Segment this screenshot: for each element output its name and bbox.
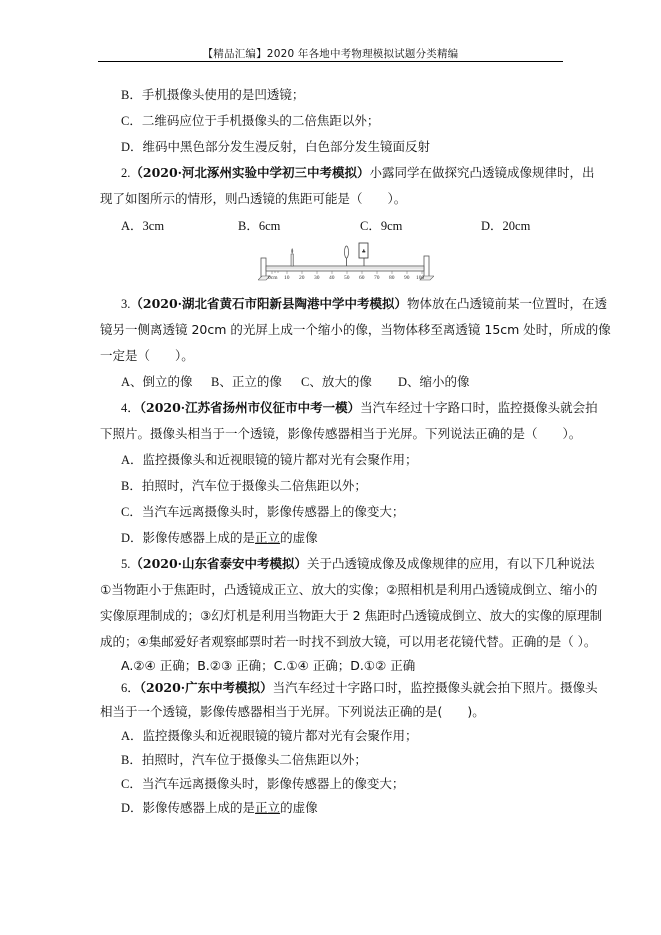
header-divider: [98, 61, 563, 62]
option-text: 监控摄像头和近视眼镜的镜片都对光有会聚作用；: [143, 452, 418, 467]
option-text: 倒立的像: [143, 374, 193, 389]
q3-option-c: C、放大的像: [301, 374, 372, 390]
option-label: A．: [121, 219, 143, 233]
svg-text:80: 80: [389, 275, 395, 281]
option-text: 影像传感器上成的是: [143, 800, 256, 815]
svg-text:20: 20: [299, 275, 305, 281]
option-text: 拍照时，汽车位于摄像头二倍焦距以外；: [142, 752, 367, 767]
question-stem: 当汽车经过十字路口时，监控摄像头就会拍: [360, 400, 598, 415]
candle-icon: [291, 248, 293, 266]
question-stem: 小露同学在做探究凸透镜成像规律时，出: [370, 165, 595, 180]
q4-option-b: B．拍照时，汽车位于摄像头二倍焦距以外；: [121, 478, 367, 494]
question-source: （2020·山东省泰安中考模拟）: [130, 556, 307, 571]
q3-stem-line2: 镜另一侧离透镜 20cm 的光屏上成一个缩小的像，当物体移至离透镜 15cm 处…: [100, 322, 611, 338]
q3-option-b: B、正立的像: [211, 374, 282, 390]
question-number: 6．: [121, 681, 140, 695]
option-text: 监控摄像头和近视眼镜的镜片都对光有会聚作用；: [143, 728, 418, 743]
option-label: D．: [121, 801, 143, 815]
option-text: 20cm: [503, 219, 531, 233]
q3-option-d: D、缩小的像: [398, 374, 470, 390]
question-stem: 当汽车经过十字路口时，监控摄像头就会拍下照片。摄像头: [273, 680, 598, 695]
ruler-ticks: [272, 271, 422, 274]
q2-option-a: A．3cm: [121, 218, 164, 234]
svg-text:60: 60: [359, 275, 365, 281]
q4-stem-line1: 4．（2020·江苏省扬州市仪征市中考一模）当汽车经过十字路口时，监控摄像头就会…: [121, 400, 598, 416]
q2-option-d: D．20cm: [481, 218, 530, 234]
option-text: 拍照时，汽车位于摄像头二倍焦距以外；: [142, 478, 367, 493]
svg-text:10: 10: [284, 275, 290, 281]
option-label: D、: [398, 375, 420, 389]
question-number: 5.: [121, 557, 130, 571]
q5-options: A.②④ 正确；B.②③ 正确；C.①④ 正确；D.①② 正确: [121, 658, 415, 674]
option-text: 缩小的像: [420, 374, 470, 389]
q1-option-c: C．二维码应位于手机摄像头的二倍焦距以外；: [121, 113, 379, 129]
q2-option-b: B．6cm: [238, 218, 280, 234]
svg-text:70: 70: [374, 275, 380, 281]
question-number: 3.: [121, 297, 130, 311]
q5-stem-line1: 5.（2020·山东省泰安中考模拟）关于凸透镜成像及成像规律的应用，有以下几种说…: [121, 556, 595, 572]
option-text: 影像传感器上成的是: [143, 530, 256, 545]
svg-text:30: 30: [314, 275, 320, 281]
q2-stem-line2: 现了如图所示的情形，则凸透镜的焦距可能是（ ）。: [100, 191, 406, 207]
q3-stem-line1: 3.（2020·湖北省黄石市阳新县陶港中学中考模拟）物体放在凸透镜前某一位置时，…: [121, 296, 607, 312]
option-label: A．: [121, 453, 143, 467]
option-text: 手机摄像头使用的是凹透镜；: [142, 87, 305, 102]
option-label: B、: [211, 375, 232, 389]
q4-stem-line2: 下照片。摄像头相当于一个透镜，影像传感器相当于光屏。下列说法正确的是（ ）。: [100, 426, 581, 442]
svg-text:♣: ♣: [362, 249, 366, 255]
option-label: D．: [121, 531, 143, 545]
q4-option-a: A．监控摄像头和近视眼镜的镜片都对光有会聚作用；: [121, 452, 418, 468]
svg-text:50: 50: [344, 275, 350, 281]
option-label: C．: [121, 505, 142, 519]
question-source: （2020·河北涿州实验中学初三中考模拟）: [130, 165, 369, 180]
q4-option-d: D．影像传感器上成的是正立的虚像: [121, 530, 318, 546]
svg-text:90: 90: [404, 275, 410, 281]
q6-stem-line2: 相当于一个透镜，影像传感器相当于光屏。下列说法正确的是( )。: [100, 704, 485, 720]
option-label: C、: [301, 375, 322, 389]
q5-stem-line2: ①当物距小于焦距时，凸透镜成正立、放大的实像；②照相机是利用凸透镜成倒立、缩小的: [100, 582, 597, 598]
question-number: 4．: [121, 401, 140, 415]
page-header: 【精品汇编】2020 年各地中考物理模拟试题分类精编: [98, 46, 563, 61]
option-label: D．: [121, 140, 143, 154]
svg-text:100: 100: [416, 275, 425, 281]
q6-option-a: A．监控摄像头和近视眼镜的镜片都对光有会聚作用；: [121, 728, 418, 744]
option-label: C．: [121, 777, 142, 791]
q6-option-b: B．拍照时，汽车位于摄像头二倍焦距以外；: [121, 752, 367, 768]
screen-icon: ♣: [359, 243, 368, 266]
option-label: B．: [121, 479, 142, 493]
option-label: A、: [121, 375, 143, 389]
q1-option-d: D．维码中黑色部分发生漫反射，白色部分发生镜面反射: [121, 139, 430, 155]
option-text: 二维码应位于手机摄像头的二倍焦距以外；: [142, 113, 380, 128]
option-text-tail: 的虚像: [280, 800, 318, 815]
option-label: B．: [121, 88, 142, 102]
option-label: D．: [481, 219, 503, 233]
option-text: 当汽车远离摄像头时，影像传感器上的像变大；: [142, 504, 405, 519]
q3-stem-line3: 一定是（ ）。: [100, 348, 194, 364]
question-source: （2020·广东中考模拟）: [140, 680, 273, 695]
q4-option-c: C．当汽车远离摄像头时，影像传感器上的像变大；: [121, 504, 404, 520]
option-label: B．: [121, 753, 142, 767]
option-label: B．: [238, 219, 259, 233]
svg-text:0cm: 0cm: [268, 275, 278, 281]
option-label: A．: [121, 729, 143, 743]
q3-option-a: A、倒立的像: [121, 374, 193, 390]
svg-text:40: 40: [329, 275, 335, 281]
option-text: 6cm: [259, 219, 281, 233]
option-text: 9cm: [381, 219, 403, 233]
question-number: 2.: [121, 166, 130, 180]
q1-option-b: B．手机摄像头使用的是凹透镜；: [121, 87, 304, 103]
lens-icon: [345, 246, 349, 266]
q5-stem-line3: 实像原理制成的；③幻灯机是利用当物距大于 2 焦距时凸透镜成倒立、放大的实像的原…: [100, 608, 602, 624]
option-text: 3cm: [143, 219, 165, 233]
q2-option-c: C．9cm: [360, 218, 402, 234]
option-text: 维码中黑色部分发生漫反射，白色部分发生镜面反射: [143, 139, 431, 154]
question-source: （2020·湖北省黄石市阳新县陶港中学中考模拟）: [130, 296, 407, 311]
option-text-underlined: 正立: [255, 800, 280, 815]
q2-stem-line1: 2.（2020·河北涿州实验中学初三中考模拟）小露同学在做探究凸透镜成像规律时，…: [121, 165, 595, 181]
option-text: 正立的像: [232, 374, 282, 389]
optical-bench-figure: 0cm 102030 405060 708090 100 ♣: [258, 240, 434, 284]
question-stem: 关于凸透镜成像及成像规律的应用，有以下几种说法: [307, 556, 595, 571]
q6-stem-line1: 6．（2020·广东中考模拟）当汽车经过十字路口时，监控摄像头就会拍下照片。摄像…: [121, 680, 598, 696]
question-stem: 物体放在凸透镜前某一位置时，在透: [407, 296, 607, 311]
option-text-tail: 的虚像: [280, 530, 318, 545]
option-label: C．: [121, 114, 142, 128]
q5-stem-line4: 成的；④集邮爱好者观察邮票时若一时找不到放大镜，可以用老花镜代替。正确的是（ ）…: [100, 634, 596, 650]
option-text: 当汽车远离摄像头时，影像传感器上的像变大；: [142, 776, 405, 791]
option-label: C．: [360, 219, 381, 233]
q6-option-c: C．当汽车远离摄像头时，影像传感器上的像变大；: [121, 776, 404, 792]
q6-option-d: D．影像传感器上成的是正立的虚像: [121, 800, 318, 816]
option-text: 放大的像: [322, 374, 372, 389]
question-source: （2020·江苏省扬州市仪征市中考一模）: [140, 400, 360, 415]
option-text-underlined: 正立: [255, 530, 280, 545]
ruler-labels: 0cm 102030 405060 708090 100: [268, 275, 425, 281]
